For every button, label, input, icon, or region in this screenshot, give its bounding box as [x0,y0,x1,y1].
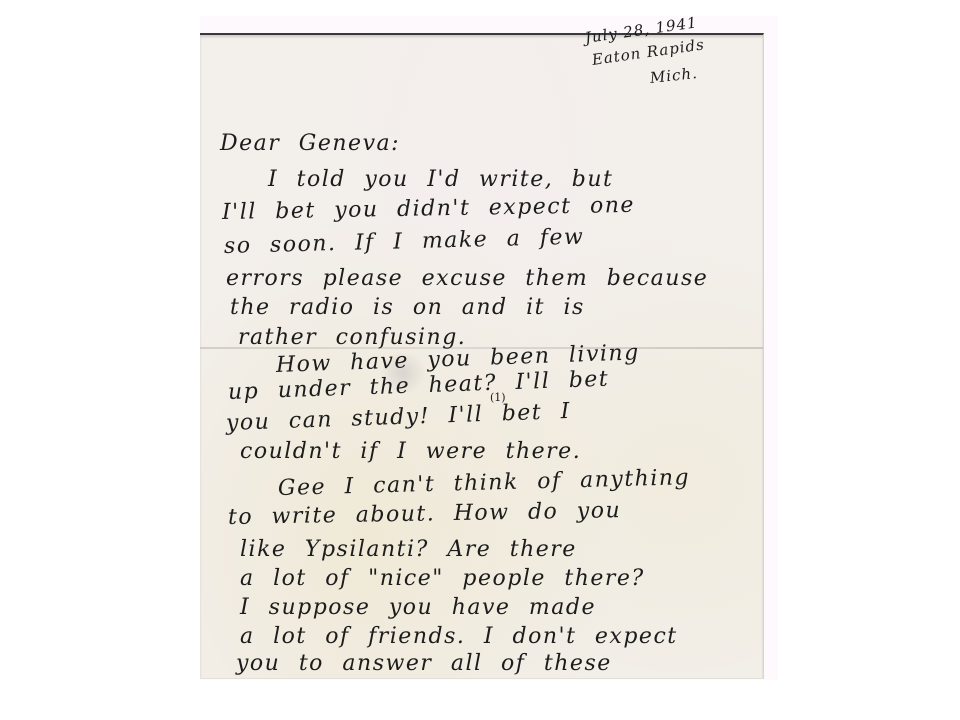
letter-line: rather confusing. [238,325,466,350]
letter-place-state: Mich. [649,64,699,87]
letter-line: I'll bet you didn't expect one [222,193,635,225]
letter-line: a lot of friends. I don't expect [240,624,678,649]
letter-line: you to answer all of these [236,651,612,676]
letter-line: errors please excuse them because [226,266,708,291]
letter-line: like Ypsilanti? Are there [240,537,577,562]
footnote-marker: (1) [490,391,506,404]
letter-line: I suppose you have made [240,595,596,620]
letter-line: Gee I can't think of anything [278,465,691,501]
letter-line: couldn't if I were there. [240,439,581,464]
letter-line: so soon. If I make a few [224,225,585,259]
letter-line: I told you I'd write, but [268,167,613,192]
page: July 28, 1941 Eaton Rapids Mich. Dear Ge… [0,0,960,720]
letter-salutation: Dear Geneva: [220,131,400,156]
letter-paper: July 28, 1941 Eaton Rapids Mich. Dear Ge… [200,33,764,679]
letter-line: you can study! I'll bet I [226,399,572,436]
letter-line: the radio is on and it is [230,295,585,320]
letter-line: to write about. How do you [228,498,622,530]
letter-line: a lot of "nice" people there? [240,566,645,591]
